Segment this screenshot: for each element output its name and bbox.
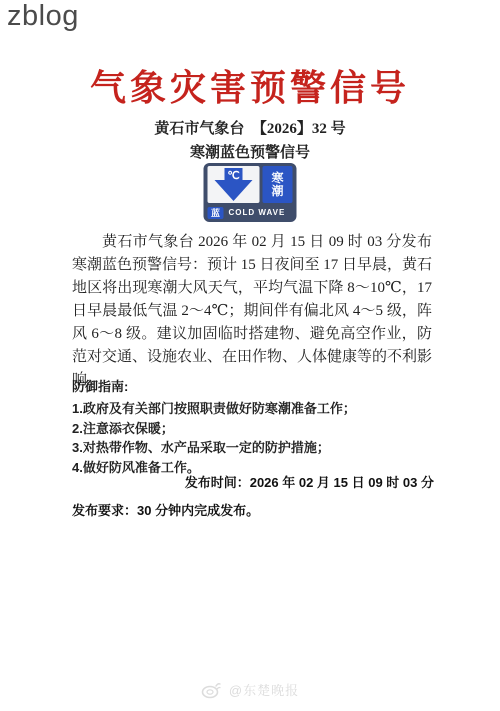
- watermark-logo-icon: [201, 681, 223, 699]
- guide-heading: 防御指南:: [72, 376, 128, 395]
- issuer-line: 黄石市气象台 【2026】32 号: [0, 117, 500, 138]
- temperature-down-arrow-icon: ℃: [208, 166, 260, 203]
- coldwave-char-2: 潮: [271, 185, 283, 198]
- page-title: 气象灾害预警信号: [0, 60, 500, 111]
- coldwave-name-label: 寒 潮: [263, 166, 293, 203]
- coldwave-warning-icon: ℃ 寒 潮 蓝 COLD WAVE: [204, 163, 297, 222]
- coldwave-english-label: COLD WAVE: [229, 208, 286, 217]
- coldwave-char-1: 寒: [271, 172, 283, 185]
- watermark: @东楚晚报: [0, 680, 500, 699]
- coldwave-icon-bottom: 蓝 COLD WAVE: [208, 206, 293, 219]
- watermark-text: @东楚晚报: [229, 680, 299, 699]
- publish-requirement: 发布要求：30 分钟内完成发布。: [72, 500, 259, 519]
- publish-time: 发布时间：2026 年 02 月 15 日 09 时 03 分: [185, 472, 434, 491]
- site-logo[interactable]: zblog: [7, 0, 79, 33]
- level-badge: 蓝: [208, 207, 224, 219]
- warning-body-text: 黄石市气象台 2026 年 02 月 15 日 09 时 03 分发布寒潮蓝色预…: [72, 231, 432, 392]
- coldwave-icon-top: ℃ 寒 潮: [208, 166, 293, 203]
- page: zblog 气象灾害预警信号 黄石市气象台 【2026】32 号 寒潮蓝色预警信…: [0, 0, 500, 711]
- svg-text:℃: ℃: [227, 170, 239, 182]
- guide-items: 1.政府及有关部门按照职责做好防寒潮准备工作； 2.注意添衣保暖； 3.对热带作…: [72, 399, 442, 477]
- signal-name-line: 寒潮蓝色预警信号: [0, 141, 500, 162]
